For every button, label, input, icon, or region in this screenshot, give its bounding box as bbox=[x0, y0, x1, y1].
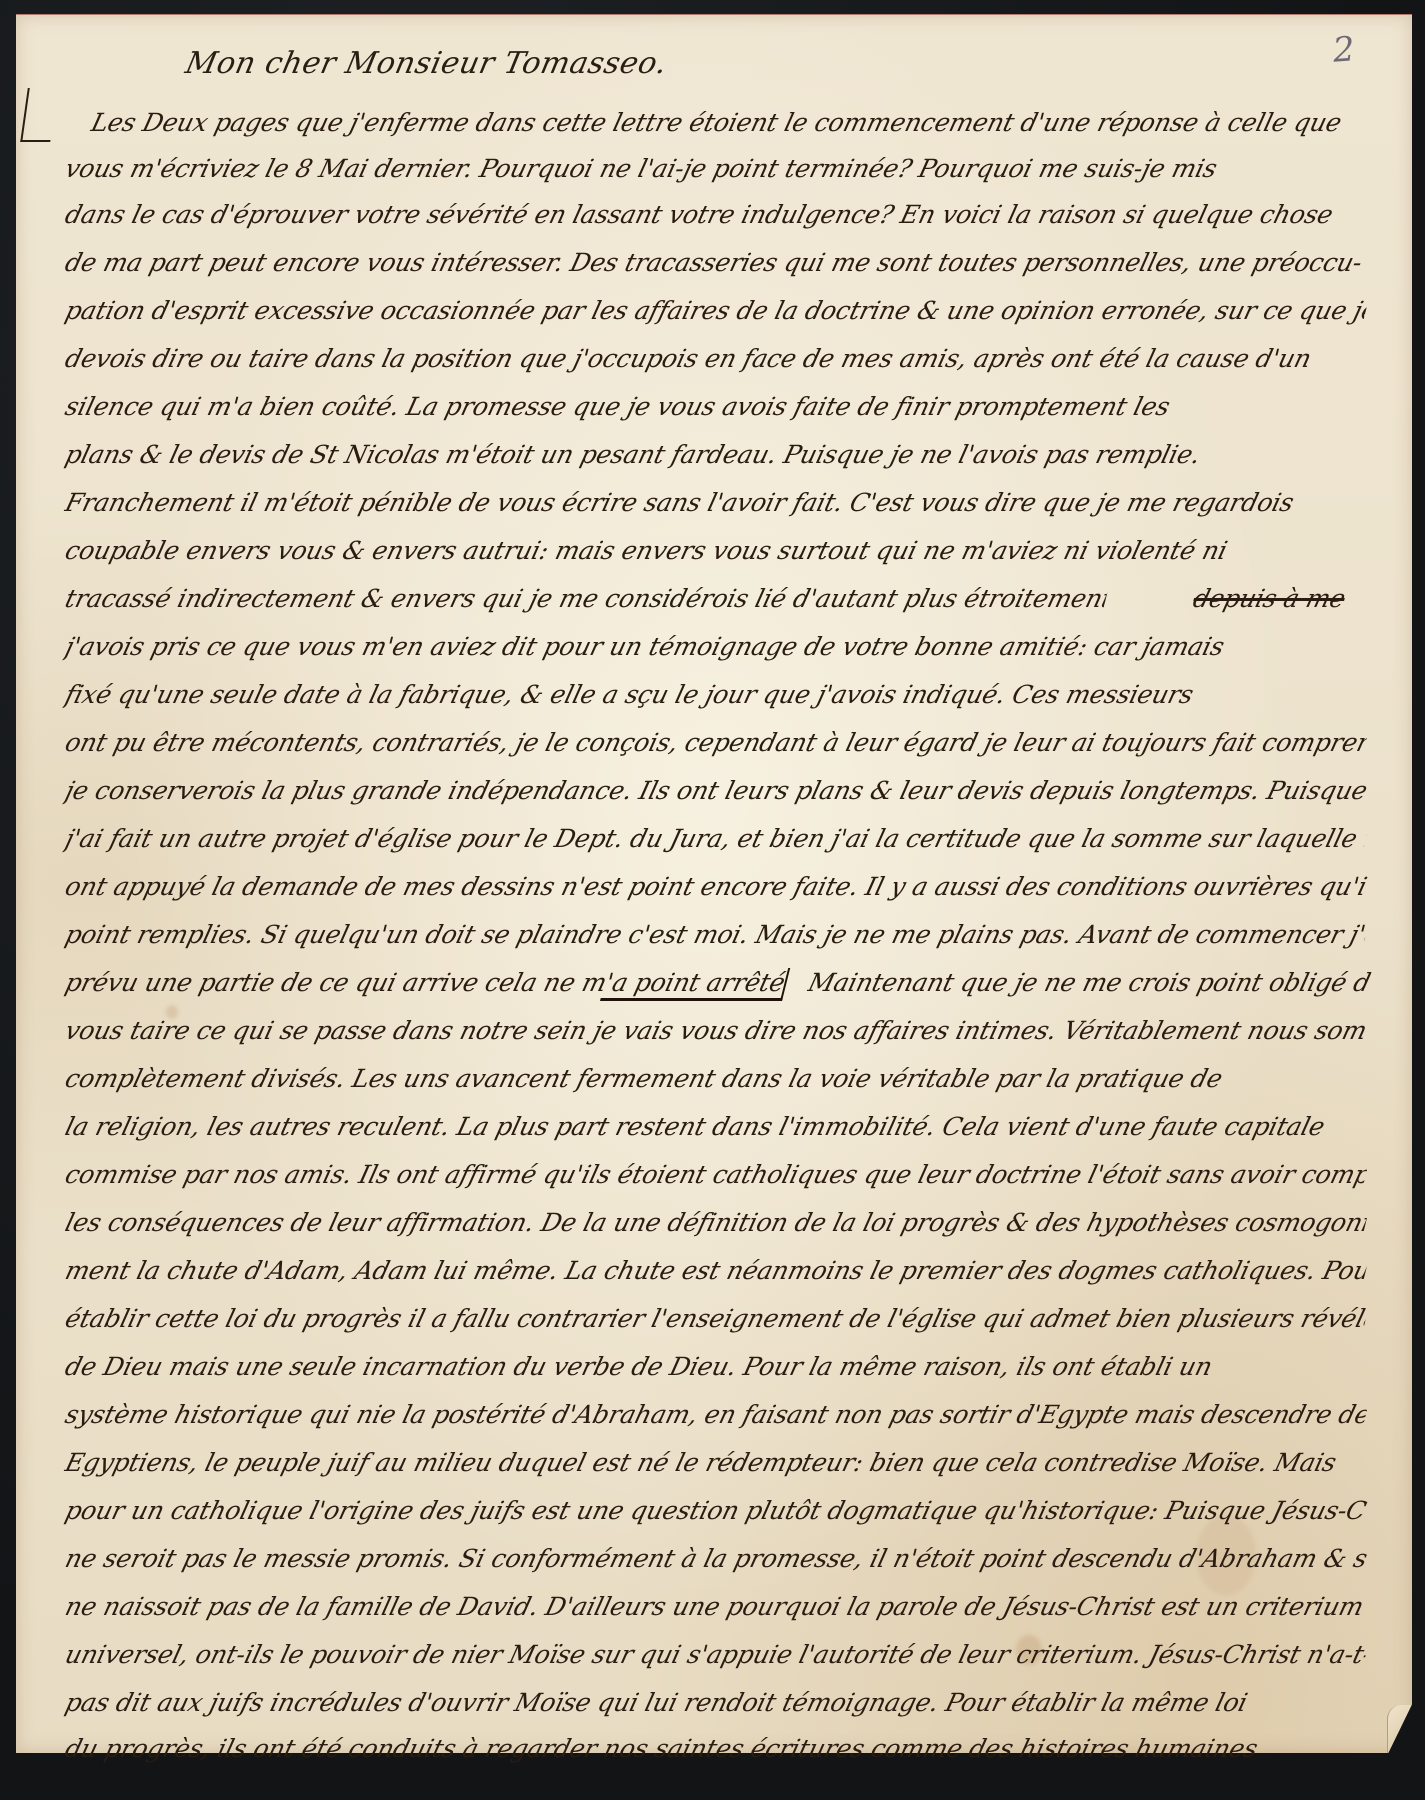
letter-line: universel, ont-ils le pouvoir de nier Mo… bbox=[62, 1640, 1369, 1670]
letter-line: complètement divisés. Les uns avancent f… bbox=[62, 1064, 1369, 1094]
letter-line: point remplies. Si quelqu'un doit se pla… bbox=[62, 920, 1369, 950]
letter-line: la religion, les autres reculent. La plu… bbox=[62, 1112, 1369, 1142]
letter-line: du progrès, ils ont été conduits à regar… bbox=[62, 1734, 1369, 1764]
letter-line: plans & le devis de St Nicolas m'étoit u… bbox=[62, 440, 1369, 470]
letter-line: Franchement il m'étoit pénible de vous é… bbox=[62, 488, 1369, 518]
letter-line: coupable envers vous & envers autrui: ma… bbox=[62, 536, 1369, 566]
letter-line: ont pu être mécontents, contrariés, je l… bbox=[62, 728, 1369, 758]
letter-line: pas dit aux juifs incrédules d'ouvrir Mo… bbox=[62, 1688, 1369, 1718]
page-number: 2 bbox=[1332, 29, 1356, 70]
letter-line: fixé qu'une seule date à la fabrique, & … bbox=[62, 680, 1369, 710]
letter-line: pour un catholique l'origine des juifs e… bbox=[62, 1496, 1369, 1526]
letter-line: ont appuyé la demande de mes dessins n'e… bbox=[62, 872, 1369, 902]
letter-line: de ma part peut encore vous intéresser. … bbox=[62, 248, 1369, 278]
letter-line: tracassé indirectement & envers qui je m… bbox=[62, 584, 1109, 614]
letter-line: de Dieu mais une seule incarnation du ve… bbox=[62, 1352, 1369, 1382]
letter-line: dans le cas d'éprouver votre sévérité en… bbox=[62, 200, 1369, 230]
letter-line: établir cette loi du progrès il a fallu … bbox=[62, 1304, 1369, 1334]
letter-line: les conséquences de leur affirmation. De… bbox=[62, 1208, 1369, 1238]
letter-line: Les Deux pages que j'enferme dans cette … bbox=[88, 108, 1395, 138]
letter-line-continuation: Maintenant que je ne me crois point obli… bbox=[805, 968, 1372, 998]
letter-line: j'avois pris ce que vous m'en aviez dit … bbox=[62, 632, 1369, 662]
letter-line: commise par nos amis. Ils ont affirmé qu… bbox=[62, 1160, 1369, 1190]
letter-line: je conserverois la plus grande indépenda… bbox=[62, 776, 1369, 806]
struck-out-text: depuis à me bbox=[1190, 584, 1377, 614]
letter-line: ment la chute d'Adam, Adam lui même. La … bbox=[62, 1256, 1369, 1286]
letter-line: vous m'écriviez le 8 Mai dernier. Pourqu… bbox=[62, 154, 1369, 184]
letter-line: silence qui m'a bien coûté. La promesse … bbox=[62, 392, 1369, 422]
letter-line: devois dire ou taire dans la position qu… bbox=[62, 344, 1369, 374]
letter-line: système historique qui nie la postérité … bbox=[62, 1400, 1369, 1430]
salutation: Mon cher Monsieur Tomasseo. bbox=[182, 46, 670, 81]
letter-line: Egyptiens, le peuple juif au milieu duqu… bbox=[62, 1448, 1369, 1478]
boxed-annotation: point arrêté. bbox=[600, 968, 790, 1001]
letter-line: vous taire ce qui se passe dans notre se… bbox=[62, 1016, 1369, 1046]
letter-line: pation d'esprit excessive occasionnée pa… bbox=[62, 296, 1369, 326]
letter-line: ne seroit pas le messie promis. Si confo… bbox=[62, 1544, 1369, 1574]
letter-line: ne naissoit pas de la famille de David. … bbox=[62, 1592, 1369, 1622]
letter-line: j'ai fait un autre projet d'église pour … bbox=[62, 824, 1369, 854]
